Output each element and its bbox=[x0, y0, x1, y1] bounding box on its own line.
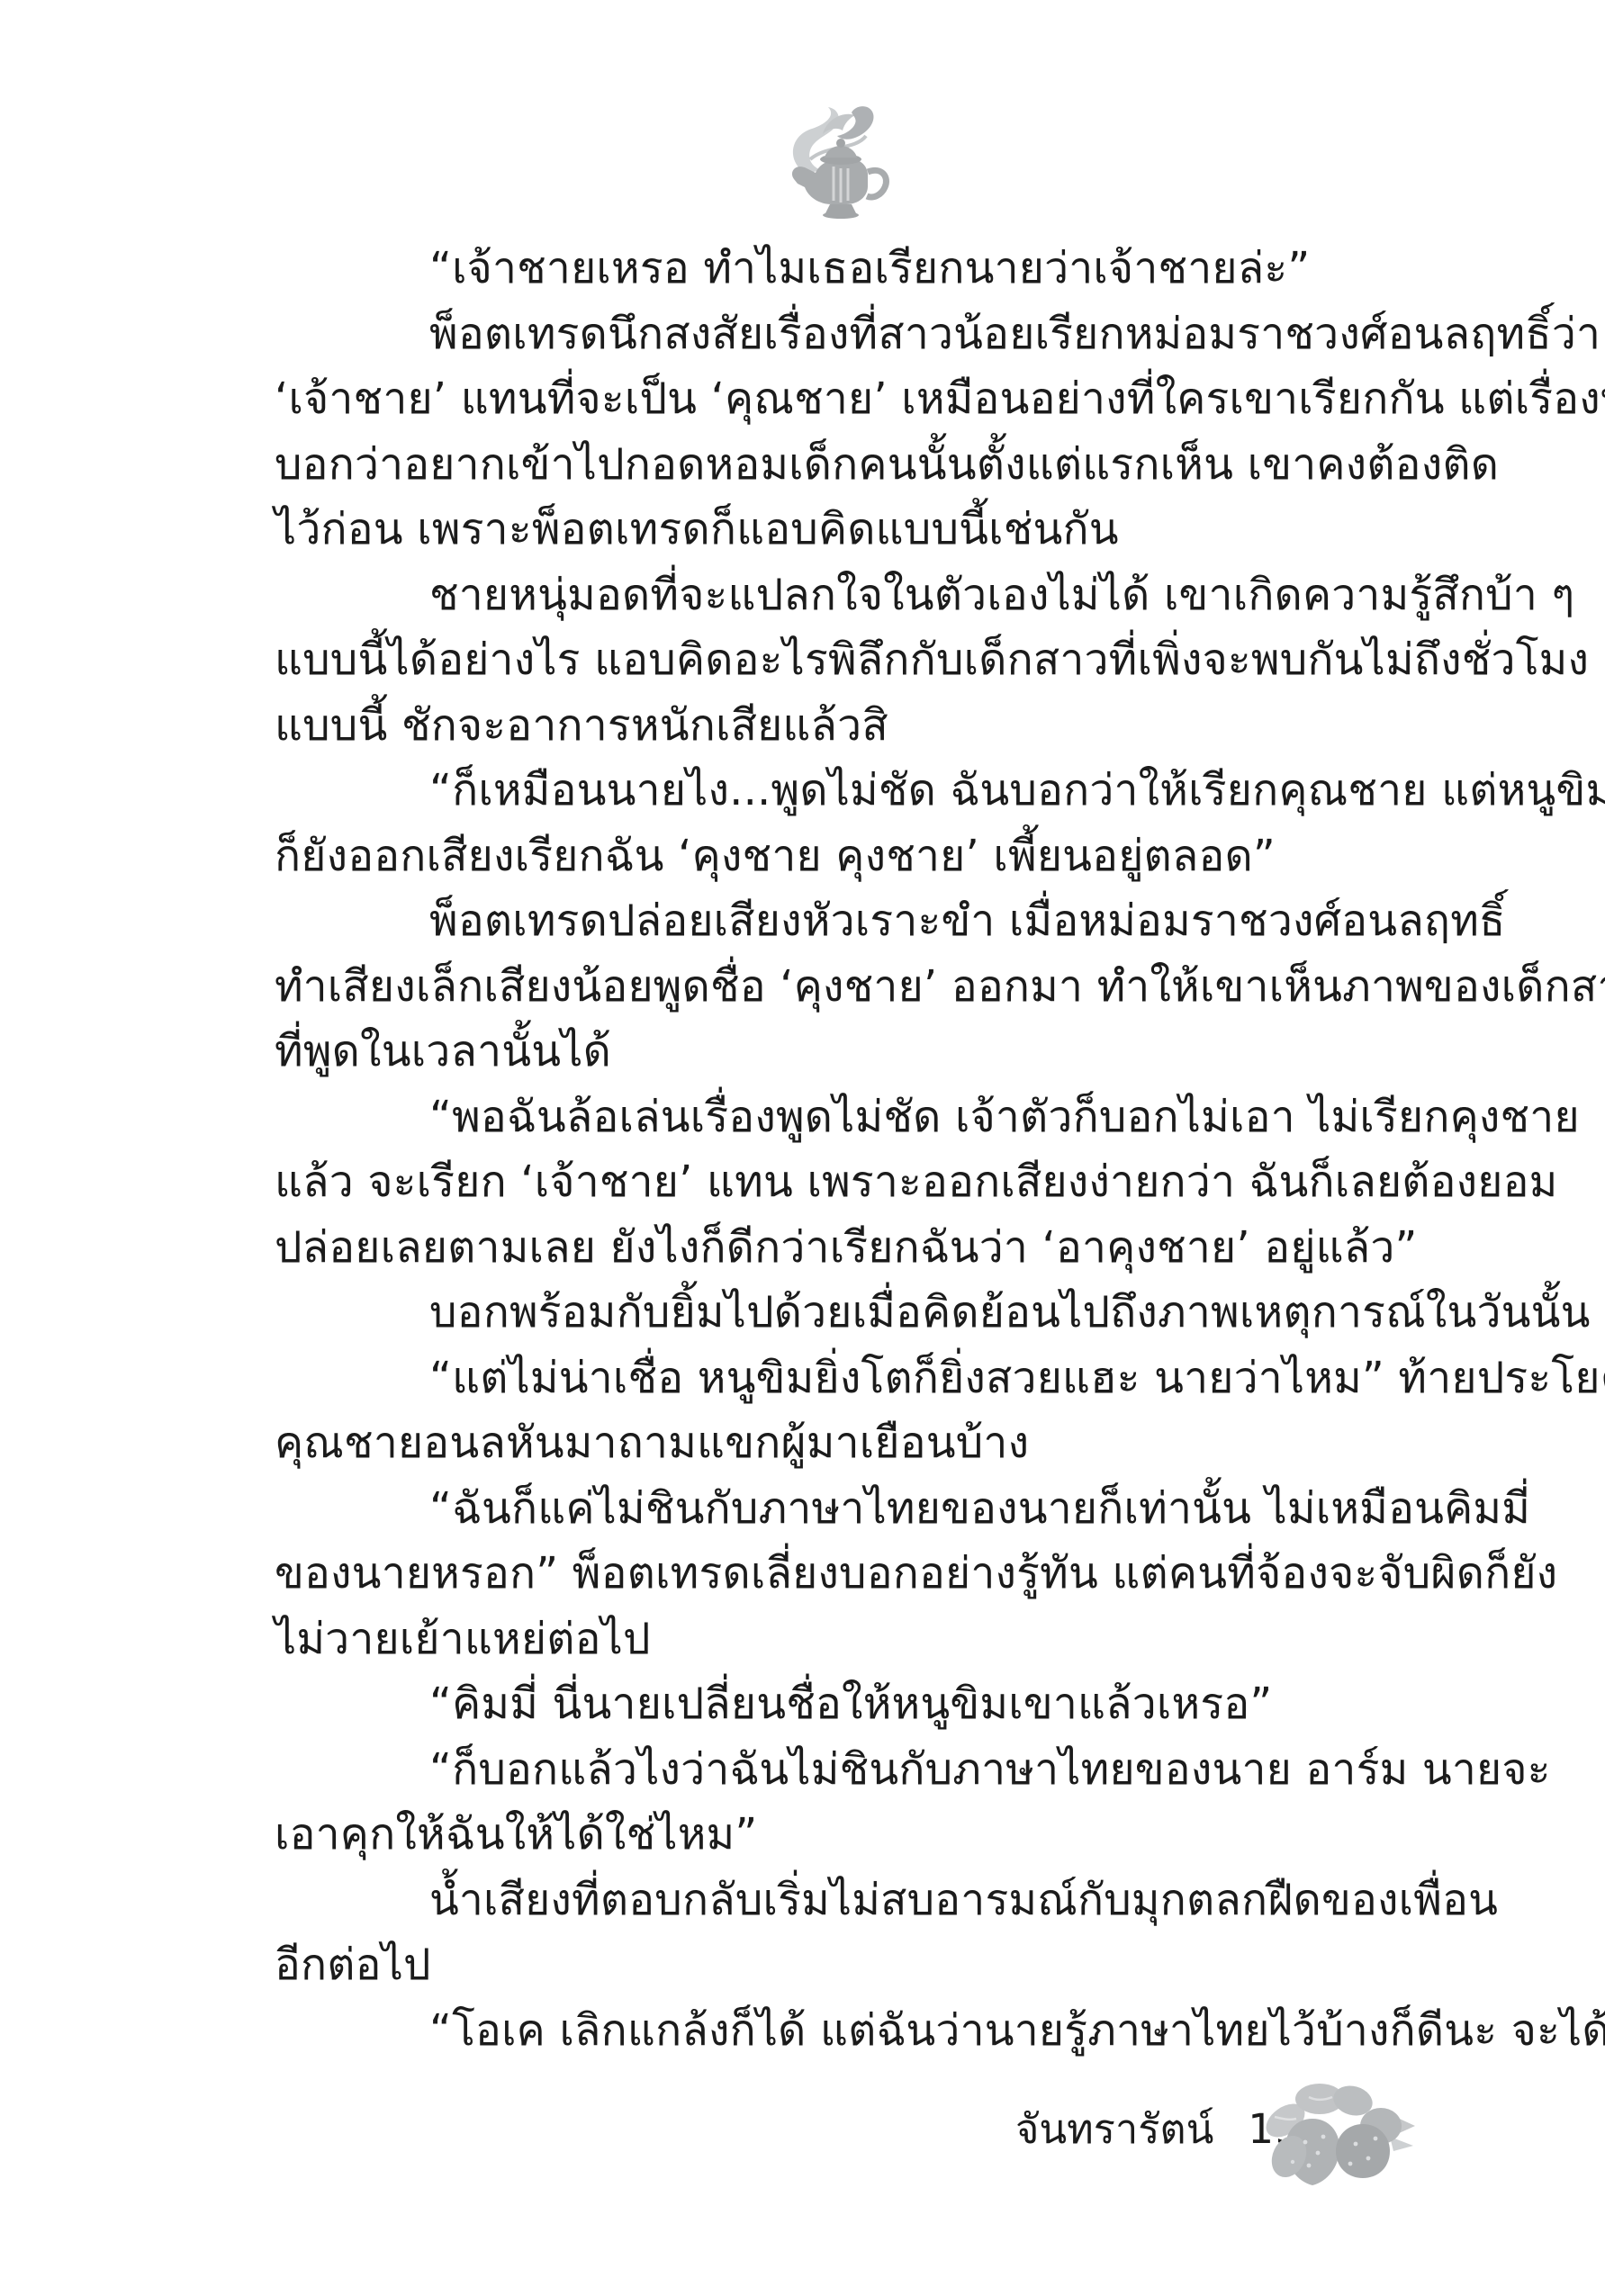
text-line: ก็ยังออกเสียงเรียกฉัน ‘คุงชาย คุงชาย’ เพ… bbox=[275, 824, 1411, 889]
text-line: ‘เจ้าชาย’ แทนที่จะเป็น ‘คุณชาย’ เหมือนอย… bbox=[275, 366, 1411, 432]
text-line: เอาคุกให้ฉันให้ได้ใช่ไหม” bbox=[275, 1802, 1411, 1868]
text-line: คุณชายอนลหันมาถามแขกผู้มาเยือนบ้าง bbox=[275, 1410, 1411, 1476]
text-line: “เจ้าชายเหรอ ทำไมเธอเรียกนายว่าเจ้าชายล่… bbox=[275, 236, 1411, 302]
text-line: แล้ว จะเรียก ‘เจ้าชาย’ แทน เพราะออกเสียง… bbox=[275, 1149, 1411, 1215]
footer-book-title: จันทรารัตน์ bbox=[1015, 2105, 1213, 2153]
text-line: อีกต่อไป bbox=[275, 1932, 1411, 1998]
text-line: “แต่ไม่น่าเชื่อ หนูขิมยิ่งโตก็ยิ่งสวยแฮะ… bbox=[275, 1346, 1411, 1411]
book-page: “เจ้าชายเหรอ ทำไมเธอเรียกนายว่าเจ้าชายล่… bbox=[0, 0, 1605, 2296]
text-line: น้ำเสียงที่ตอบกลับเริ่มไม่สบอารมณ์กับมุก… bbox=[275, 1868, 1411, 1933]
text-line: บอกว่าอยากเข้าไปกอดหอมเด็กคนนั้นตั้งแต่แ… bbox=[275, 432, 1411, 498]
text-line: “ฉันก็แค่ไม่ชินกับภาษาไทยของนายก็เท่านั้… bbox=[275, 1476, 1411, 1542]
text-line: “โอเค เลิกแกล้งก็ได้ แต่ฉันว่านายรู้ภาษา… bbox=[275, 1998, 1411, 2064]
strawberry-ornament-icon bbox=[1257, 2079, 1417, 2194]
text-line: พ็อตเทรดนึกสงสัยเรื่องที่สาวน้อยเรียกหม่… bbox=[275, 302, 1411, 367]
text-line: ชายหนุ่มอดที่จะแปลกใจในตัวเองไม่ได้ เขาเ… bbox=[275, 563, 1411, 628]
text-line: บอกพร้อมกับยิ้มไปด้วยเมื่อคิดย้อนไปถึงภา… bbox=[275, 1280, 1411, 1346]
page-text: “เจ้าชายเหรอ ทำไมเธอเรียกนายว่าเจ้าชายล่… bbox=[275, 236, 1411, 2063]
text-line: “พอฉันล้อเล่นเรื่องพูดไม่ชัด เจ้าตัวก็บอ… bbox=[275, 1085, 1411, 1150]
text-line: แบบนี้ได้อย่างไร แอบคิดอะไรพิลึกกับเด็กส… bbox=[275, 627, 1411, 693]
text-line: แบบนี้ ชักจะอาการหนักเสียแล้วสิ bbox=[275, 693, 1411, 759]
text-line: “ก็บอกแล้วไงว่าฉันไม่ชินกับภาษาไทยของนาย… bbox=[275, 1737, 1411, 1803]
text-line: ของนายหรอก” พ็อตเทรดเลี่ยงบอกอย่างรู้ทัน… bbox=[275, 1541, 1411, 1607]
teapot-ornament-icon bbox=[783, 104, 893, 222]
text-line: ทำเสียงเล็กเสียงน้อยพูดชื่อ ‘คุงชาย’ ออก… bbox=[275, 954, 1411, 1020]
text-line: ที่พูดในเวลานั้นได้ bbox=[275, 1019, 1411, 1085]
text-line: “คิมมี่ นี่นายเปลี่ยนชื่อให้หนูขิมเขาแล้… bbox=[275, 1671, 1411, 1737]
text-line: พ็อตเทรดปล่อยเสียงหัวเราะขำ เมื่อหม่อมรา… bbox=[275, 888, 1411, 954]
text-line: ไม่วายเย้าแหย่ต่อไป bbox=[275, 1607, 1411, 1672]
text-line: ปล่อยเลยตามเลย ยังไงก็ดีกว่าเรียกฉันว่า … bbox=[275, 1215, 1411, 1281]
text-line: “ก็เหมือนนายไง...พูดไม่ชัด ฉันบอกว่าให้เ… bbox=[275, 758, 1411, 824]
text-line: ไว้ก่อน เพราะพ็อตเทรดก็แอบคิดแบบนี้เช่นก… bbox=[275, 497, 1411, 563]
